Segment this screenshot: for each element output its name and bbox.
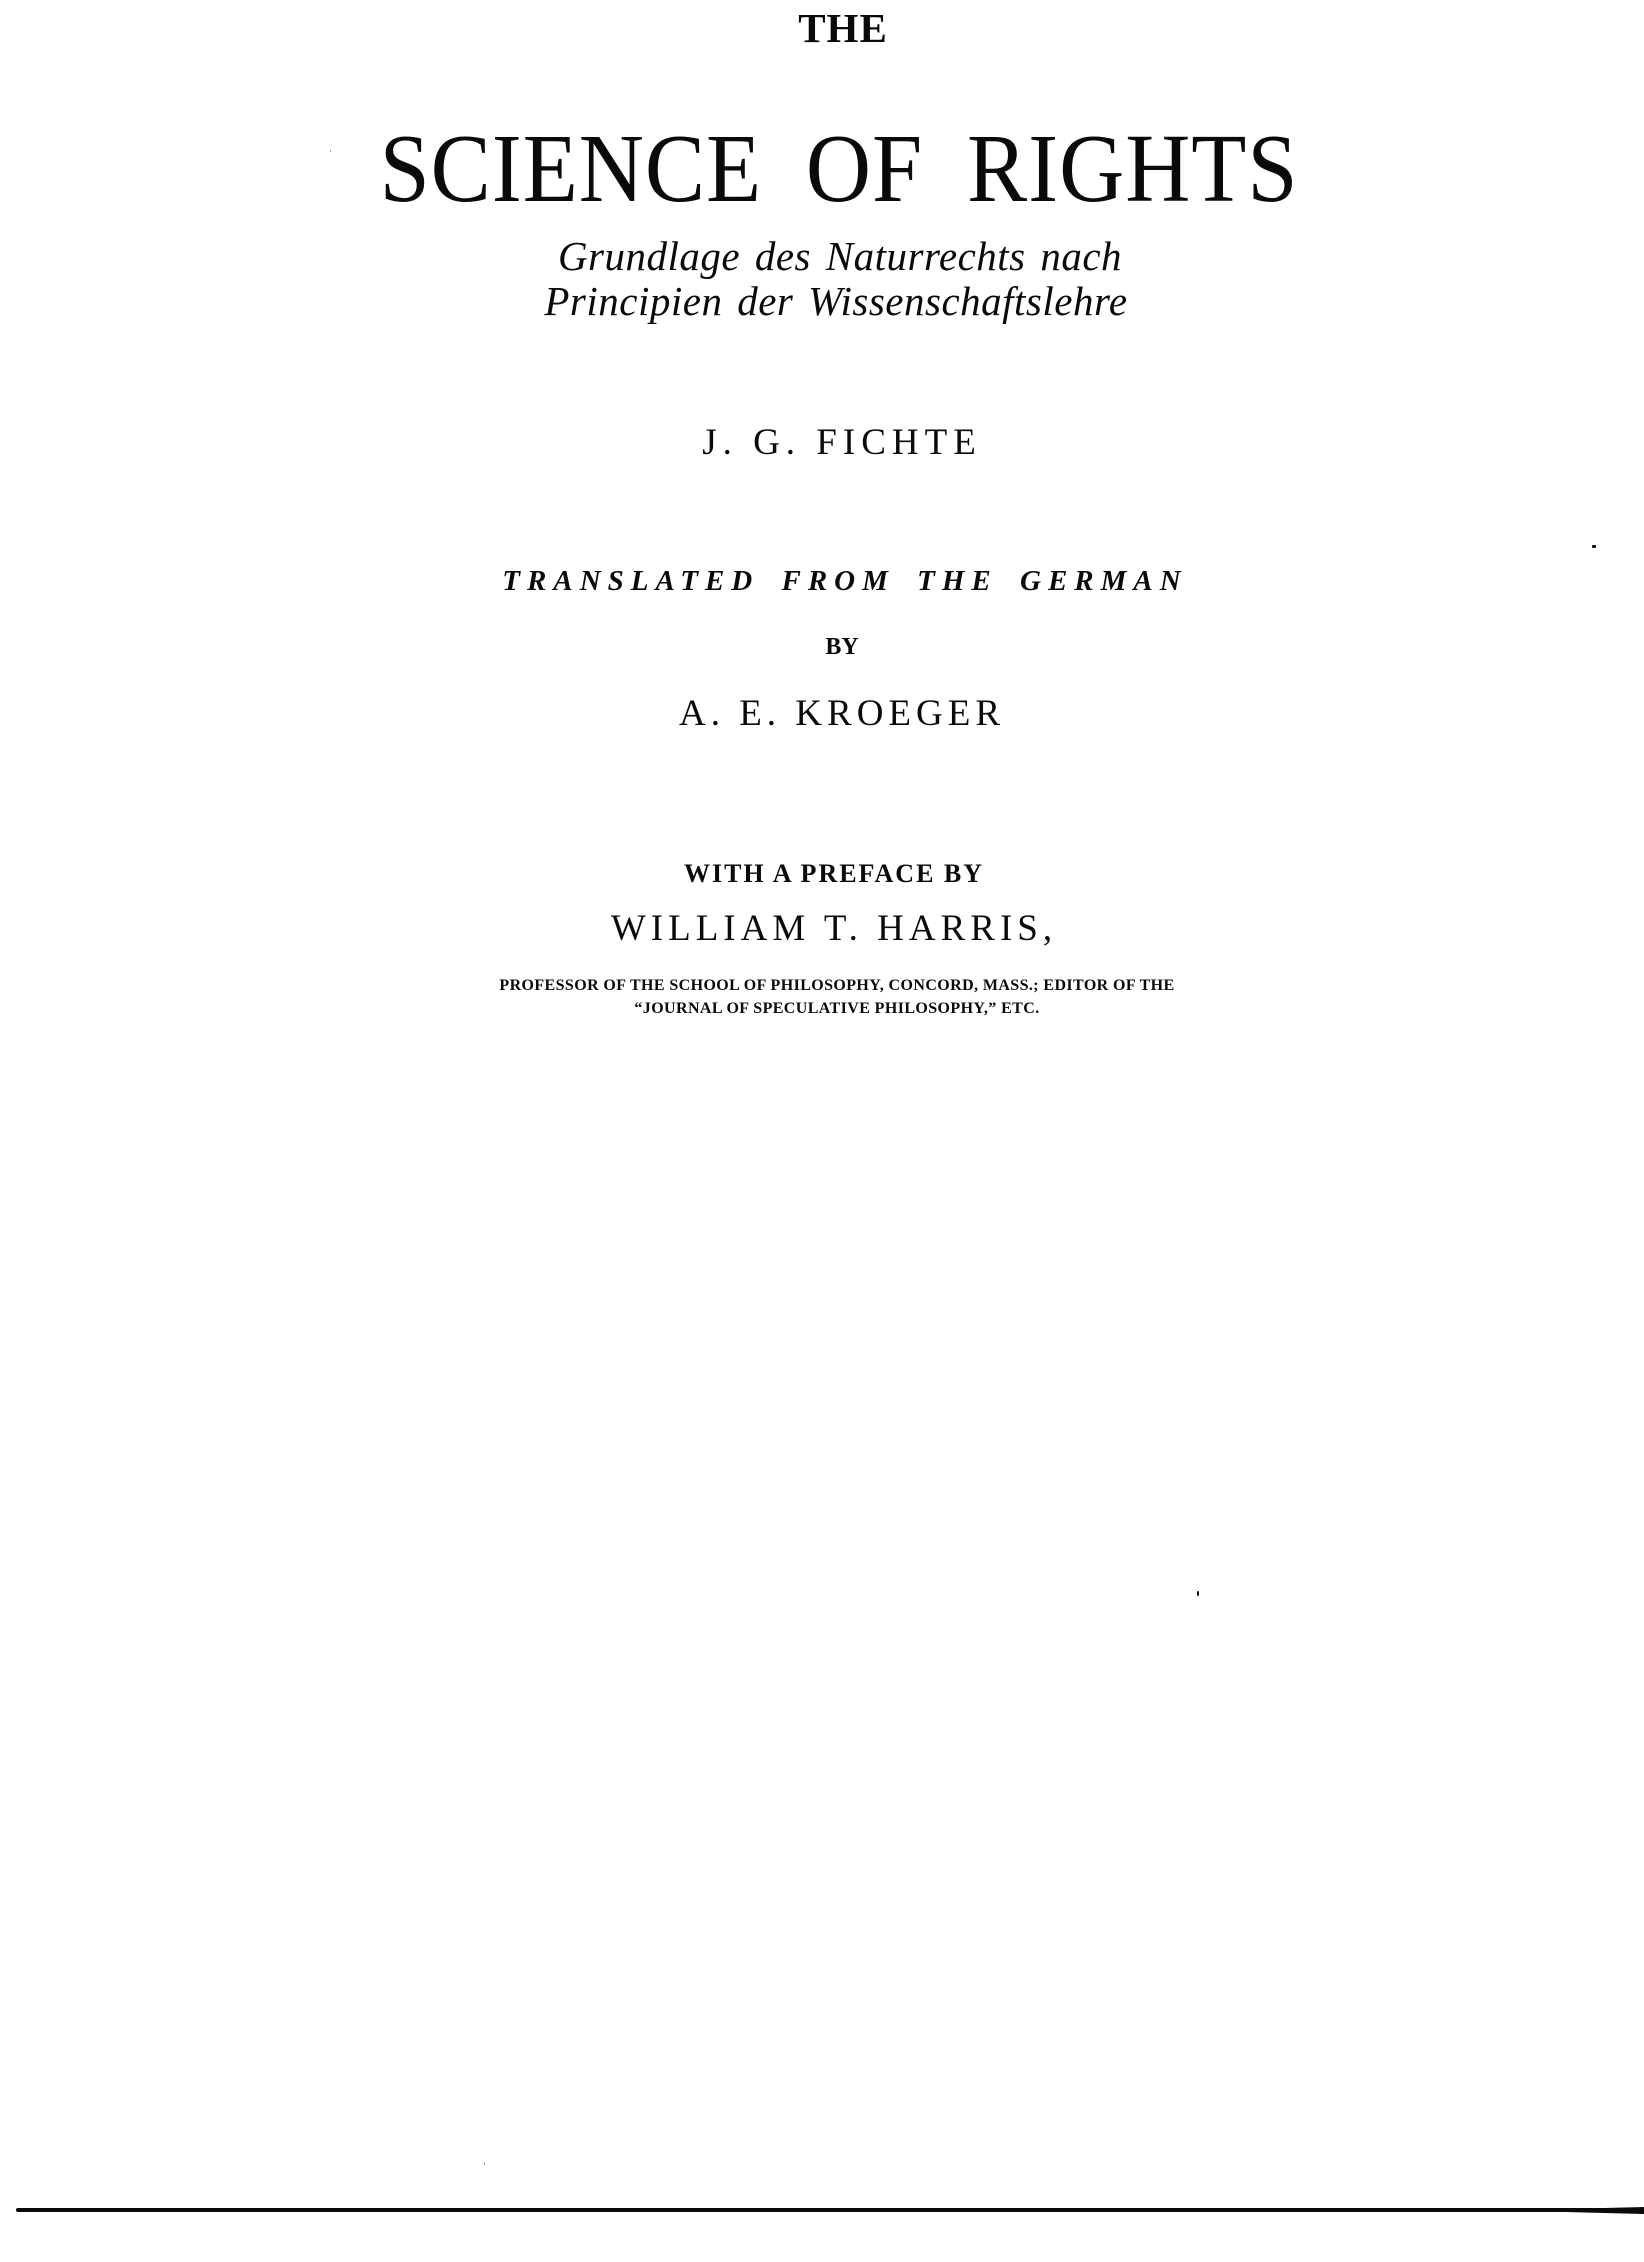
title-article: THE [0, 8, 1644, 49]
scan-speck [330, 150, 331, 152]
preface-author-name: WILLIAM T. HARRIS, [0, 910, 1644, 947]
scan-speck [1197, 1591, 1199, 1596]
scan-speck [1592, 545, 1596, 548]
preface-author-credentials-line-1: PROFESSOR OF THE SCHOOL OF PHILOSOPHY, C… [0, 978, 1644, 994]
translator-name: A. E. KROEGER [0, 695, 1644, 732]
author-name: J. G. FICHTE [0, 424, 1644, 461]
german-subtitle-line-1: Grundlage des Naturrechts nach [0, 236, 1644, 277]
scan-speck [484, 2162, 485, 2165]
german-subtitle-line-2: Principien der Wissenschaftslehre [0, 281, 1644, 322]
title-page: THE SCIENCE OF RIGHTS Grundlage des Natu… [0, 0, 1644, 2262]
preface-label: WITH A PREFACE BY [0, 861, 1644, 887]
book-title: SCIENCE OF RIGHTS [59, 120, 1588, 217]
by-label: BY [0, 635, 1644, 659]
preface-author-credentials-line-2: “JOURNAL OF SPECULATIVE PHILOSOPHY,” ETC… [0, 1001, 1644, 1017]
translated-note: TRANSLATED FROM THE GERMAN [0, 567, 1644, 596]
bottom-rule-divider [16, 2208, 1644, 2212]
